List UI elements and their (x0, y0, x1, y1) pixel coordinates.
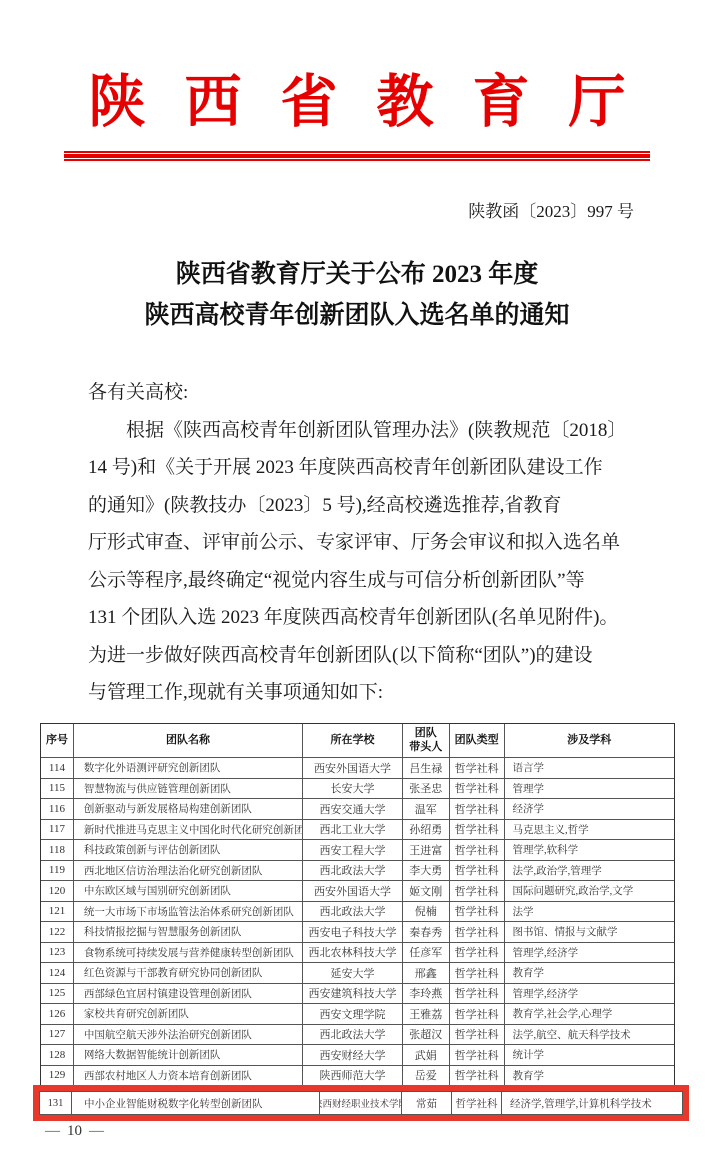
cell-school: 西安文理学院 (303, 1004, 403, 1024)
cell-team-name: 科技政策创新与评估创新团队 (74, 840, 303, 860)
cell-leader: 姬文刚 (403, 881, 450, 901)
cell-leader: 吕生禄 (403, 758, 450, 778)
notice-title-line2: 陕西高校青年创新团队入选名单的通知 (0, 295, 714, 336)
cell-leader: 张超汉 (403, 1025, 450, 1045)
cell-index: 119 (41, 861, 74, 881)
table-row: 120中东欧区域与国别研究创新团队西安外国语大学姬文刚哲学社科国际问题研究,政治… (41, 881, 674, 902)
cell-team-name: 科技情报挖掘与智慧服务创新团队 (74, 922, 303, 942)
table-row: 122科技情报挖掘与智慧服务创新团队西安电子科技大学秦春秀哲学社科图书馆、情报与… (41, 922, 674, 943)
cell-index: 125 (41, 984, 74, 1004)
table-row: 114数字化外语测评研究创新团队西安外国语大学吕生禄哲学社科语言学 (41, 758, 674, 779)
table-row: 116创新驱动与新发展格局构建创新团队西安交通大学温军哲学社科经济学 (41, 799, 674, 820)
letterhead: 陕西省教育厅 (0, 72, 714, 135)
cell-team-type: 哲学社科 (450, 779, 505, 799)
cell-index: 序号 (41, 724, 74, 757)
cell-school: 西安电子科技大学 (303, 922, 403, 942)
cell-subjects: 教育学 (505, 963, 674, 983)
cell-index: 126 (41, 1004, 74, 1024)
cell-school: 西安财经大学 (303, 1045, 403, 1065)
cell-team-name: 食物系统可持续发展与营养健康转型创新团队 (74, 943, 303, 963)
cell-school: 西北政法大学 (303, 902, 403, 922)
cell-school: 西北工业大学 (303, 820, 403, 840)
cell-index: 128 (41, 1045, 74, 1065)
cell-school: 西北政法大学 (303, 861, 403, 881)
cell-team-type: 团队类型 (450, 724, 505, 757)
body-line: 131 个团队入选 2023 年度陕西高校青年创新团队(名单见附件)。 (88, 599, 648, 637)
cell-subjects: 法学 (505, 902, 674, 922)
cell-subjects: 统计学 (505, 1045, 674, 1065)
cell-team-name: 西北地区信访治理法治化研究创新团队 (74, 861, 303, 881)
table-row: 125西部绿色宜居村镇建设管理创新团队西安建筑科技大学李玲燕哲学社科管理学,经济… (41, 984, 674, 1005)
cell-school: 西安外国语大学 (303, 881, 403, 901)
cell-team-type: 哲学社科 (450, 943, 505, 963)
cell-team-type: 哲学社科 (450, 1045, 505, 1065)
cell-school: 西安建筑科技大学 (303, 984, 403, 1004)
cell-leader: 任彦军 (403, 943, 450, 963)
table-row: 126家校共育研究创新团队西安文理学院王雅荔哲学社科教育学,社会学,心理学 (41, 1004, 674, 1025)
cell-leader: 王雅荔 (403, 1004, 450, 1024)
cell-school: 陕西师范大学 (303, 1066, 403, 1086)
cell-leader: 秦春秀 (403, 922, 450, 942)
cell-leader: 武娟 (403, 1045, 450, 1065)
cell-leader: 李大勇 (403, 861, 450, 881)
table-row: 117新时代推进马克思主义中国化时代化研究创新团队西北工业大学孙绍勇哲学社科马克… (41, 820, 674, 841)
cell-subjects: 图书馆、情报与文献学 (505, 922, 674, 942)
cell-subjects: 教育学,社会学,心理学 (505, 1004, 674, 1024)
cell-index: 131 (40, 1092, 72, 1114)
table-row: 121统一大市场下市场监管法治体系研究创新团队西北政法大学倪楠哲学社科法学 (41, 902, 674, 923)
cell-team-name: 中国航空航天涉外法治研究创新团队 (74, 1025, 303, 1045)
cell-subjects: 教育学 (505, 1066, 674, 1086)
cell-subjects: 马克思主义,哲学 (505, 820, 674, 840)
cell-team-name: 新时代推进马克思主义中国化时代化研究创新团队 (74, 820, 303, 840)
cell-index: 117 (41, 820, 74, 840)
cell-team-type: 哲学社科 (450, 963, 505, 983)
cell-index: 122 (41, 922, 74, 942)
cell-team-type: 哲学社科 (450, 881, 505, 901)
page-footer: — 10 — (45, 1123, 104, 1140)
cell-team-type: 哲学社科 (452, 1092, 502, 1114)
cell-subjects: 法学,航空、航天科学技术 (505, 1025, 674, 1045)
cell-school: 西安交通大学 (303, 799, 403, 819)
cell-leader: 常茹 (402, 1092, 452, 1114)
cell-team-type: 哲学社科 (450, 922, 505, 942)
highlight-box: 131 中小企业智能财税数字化转型创新团队 陕西财经职业技术学院 常茹 哲学社科… (33, 1085, 689, 1121)
cell-subjects: 涉及学科 (505, 724, 674, 757)
cell-team-name: 西部农村地区人力资本培育创新团队 (74, 1066, 303, 1086)
cell-subjects: 法学,政治学,管理学 (505, 861, 674, 881)
cell-subjects: 语言学 (505, 758, 674, 778)
notice-title-line1: 陕西省教育厅关于公布 2023 年度 (0, 254, 714, 295)
cell-leader: 倪楠 (403, 902, 450, 922)
cell-leader: 团队 带头人 (403, 724, 450, 757)
body-line: 根据《陕西高校青年创新团队管理办法》(陕教规范〔2018〕 (88, 412, 648, 450)
cell-team-type: 哲学社科 (450, 840, 505, 860)
cell-school: 西北政法大学 (303, 1025, 403, 1045)
team-roster-table: 序号团队名称所在学校团队 带头人团队类型涉及学科114数字化外语测评研究创新团队… (40, 723, 675, 1107)
salutation: 各有关高校: (88, 374, 648, 412)
cell-leader: 李玲燕 (403, 984, 450, 1004)
cell-team-name: 智慧物流与供应链管理创新团队 (74, 779, 303, 799)
cell-team-type: 哲学社科 (450, 758, 505, 778)
body-line: 厅形式审查、评审前公示、专家评审、厅务会审议和拟入选名单 (88, 524, 648, 562)
cell-subjects: 管理学,经济学 (505, 984, 674, 1004)
cell-team-name: 红色资源与干部教育研究协同创新团队 (74, 963, 303, 983)
footer-dash-left: — (45, 1123, 60, 1140)
cell-subjects: 经济学 (505, 799, 674, 819)
cell-team-type: 哲学社科 (450, 1004, 505, 1024)
cell-index: 114 (41, 758, 74, 778)
cell-index: 115 (41, 779, 74, 799)
cell-team-name: 数字化外语测评研究创新团队 (74, 758, 303, 778)
table-row: 128网络大数据智能统计创新团队西安财经大学武娟哲学社科统计学 (41, 1045, 674, 1066)
cell-team-name: 西部绿色宜居村镇建设管理创新团队 (74, 984, 303, 1004)
table-row: 129西部农村地区人力资本培育创新团队陕西师范大学岳爱哲学社科教育学 (41, 1066, 674, 1087)
table-row: 118科技政策创新与评估创新团队西安工程大学王进富哲学社科管理学,软科学 (41, 840, 674, 861)
cell-leader: 岳爱 (403, 1066, 450, 1086)
cell-subjects: 国际问题研究,政治学,文学 (505, 881, 674, 901)
cell-team-type: 哲学社科 (450, 820, 505, 840)
notice-body: 各有关高校: 根据《陕西高校青年创新团队管理办法》(陕教规范〔2018〕 14 … (88, 374, 648, 712)
cell-team-name: 家校共育研究创新团队 (74, 1004, 303, 1024)
body-line: 为进一步做好陕西高校青年创新团队(以下简称“团队”)的建设 (88, 637, 648, 675)
cell-index: 116 (41, 799, 74, 819)
cell-team-type: 哲学社科 (450, 1066, 505, 1086)
cell-index: 129 (41, 1066, 74, 1086)
table-row: 124红色资源与干部教育研究协同创新团队延安大学邢鑫哲学社科教育学 (41, 963, 674, 984)
cell-team-name: 中东欧区域与国别研究创新团队 (74, 881, 303, 901)
cell-team-type: 哲学社科 (450, 984, 505, 1004)
cell-team-type: 哲学社科 (450, 799, 505, 819)
body-line: 公示等程序,最终确定“视觉内容生成与可信分析创新团队”等 (88, 562, 648, 600)
body-paragraph: 根据《陕西高校青年创新团队管理办法》(陕教规范〔2018〕 14 号)和《关于开… (88, 412, 648, 712)
cell-school: 西安外国语大学 (303, 758, 403, 778)
document-number: 陕教函〔2023〕997 号 (468, 197, 634, 222)
cell-team-name: 网络大数据智能统计创新团队 (74, 1045, 303, 1065)
cell-school: 所在学校 (303, 724, 403, 757)
table-row: 119西北地区信访治理法治化研究创新团队西北政法大学李大勇哲学社科法学,政治学,… (41, 861, 674, 882)
cell-school: 陕西财经职业技术学院 (320, 1092, 402, 1114)
cell-subjects: 管理学,软科学 (505, 840, 674, 860)
cell-subjects: 管理学,经济学 (505, 943, 674, 963)
cell-leader: 孙绍勇 (403, 820, 450, 840)
cell-team-name: 中小企业智能财税数字化转型创新团队 (72, 1092, 320, 1114)
cell-index: 118 (41, 840, 74, 860)
cell-team-name: 统一大市场下市场监管法治体系研究创新团队 (74, 902, 303, 922)
page-number: 10 (67, 1123, 82, 1140)
body-line: 14 号)和《关于开展 2023 年度陕西高校青年创新团队建设工作 (88, 449, 648, 487)
footer-dash-right: — (89, 1123, 104, 1140)
table-row: 115智慧物流与供应链管理创新团队长安大学张圣忠哲学社科管理学 (41, 779, 674, 800)
cell-index: 121 (41, 902, 74, 922)
cell-team-type: 哲学社科 (450, 902, 505, 922)
notice-title: 陕西省教育厅关于公布 2023 年度 陕西高校青年创新团队入选名单的通知 (0, 254, 714, 336)
cell-school: 西北农林科技大学 (303, 943, 403, 963)
cell-school: 长安大学 (303, 779, 403, 799)
cell-subjects: 管理学 (505, 779, 674, 799)
cell-school: 西安工程大学 (303, 840, 403, 860)
cell-leader: 温军 (403, 799, 450, 819)
table-row-highlighted: 131 中小企业智能财税数字化转型创新团队 陕西财经职业技术学院 常茹 哲学社科… (39, 1091, 683, 1115)
cell-index: 127 (41, 1025, 74, 1045)
body-line: 的通知》(陕教技办〔2023〕5 号),经高校遴选推荐,省教育 (88, 487, 648, 525)
letterhead-rule (64, 151, 650, 161)
cell-index: 124 (41, 963, 74, 983)
letterhead-title: 陕西省教育厅 (89, 72, 665, 135)
cell-index: 123 (41, 943, 74, 963)
cell-team-name: 创新驱动与新发展格局构建创新团队 (74, 799, 303, 819)
cell-index: 120 (41, 881, 74, 901)
cell-team-type: 哲学社科 (450, 861, 505, 881)
cell-leader: 张圣忠 (403, 779, 450, 799)
cell-team-name: 团队名称 (74, 724, 303, 757)
cell-school: 延安大学 (303, 963, 403, 983)
cell-subjects: 经济学,管理学,计算机科学技术 (502, 1092, 682, 1114)
cell-leader: 王进富 (403, 840, 450, 860)
table-header-row: 序号团队名称所在学校团队 带头人团队类型涉及学科 (41, 724, 674, 758)
cell-team-type: 哲学社科 (450, 1025, 505, 1045)
body-line: 与管理工作,现就有关事项通知如下: (88, 674, 648, 712)
table-row: 123食物系统可持续发展与营养健康转型创新团队西北农林科技大学任彦军哲学社科管理… (41, 943, 674, 964)
cell-leader: 邢鑫 (403, 963, 450, 983)
table-row: 127中国航空航天涉外法治研究创新团队西北政法大学张超汉哲学社科法学,航空、航天… (41, 1025, 674, 1046)
